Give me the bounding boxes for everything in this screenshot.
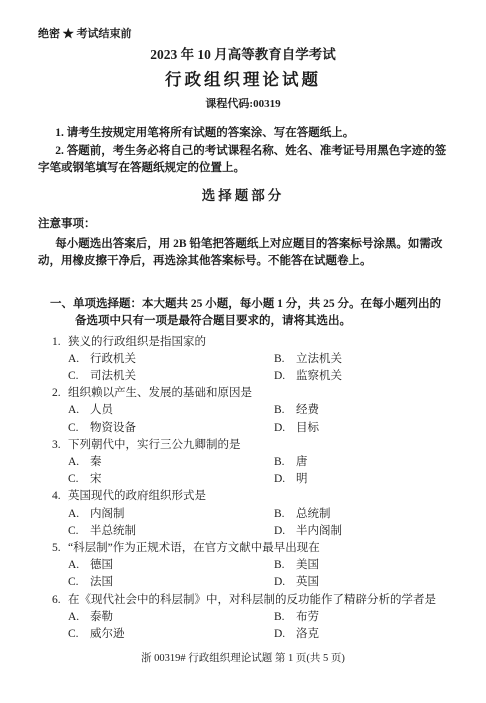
notes-heading: 注意事项： xyxy=(38,217,448,232)
option-c: C. 法国 xyxy=(68,574,274,591)
exam-session-title: 2023 年 10 月高等教育自学考试 xyxy=(38,46,448,63)
option-c: C. 半总统制 xyxy=(68,523,274,540)
question-stem-row: 6. 在《现代社会中的科层制》中，对科层制的反功能作了精辟分析的学者是 xyxy=(52,592,448,609)
option-b: B. 唐 xyxy=(274,454,308,471)
question-stem: 下列朝代中，实行三公九卿制的是 xyxy=(68,437,448,454)
option-d: D. 监察机关 xyxy=(274,368,342,385)
option-a: A. 人员 xyxy=(68,402,274,419)
option-label: B. xyxy=(274,402,296,419)
option-b: B. 经费 xyxy=(274,402,319,419)
option-label: D. xyxy=(274,471,296,488)
question: 4. 英国现代的政府组织形式是 A. 内阁制 B. 总统制 C. 半总统制 D.… xyxy=(52,488,448,540)
option-d: D. 洛克 xyxy=(274,626,319,643)
option-text: 内阁制 xyxy=(90,506,125,523)
option-label: C. xyxy=(68,471,90,488)
option-text: 总统制 xyxy=(296,506,331,523)
option-b: B. 布劳 xyxy=(274,609,319,626)
option-c: C. 威尔逊 xyxy=(68,626,274,643)
option-row: A. 秦 B. 唐 xyxy=(68,454,448,471)
question: 1. 狭义的行政组织是指国家的 A. 行政机关 B. 立法机关 C. 司法机关 … xyxy=(52,334,448,386)
part-one-heading: 一、单项选择题：本大题共 25 小题，每小题 1 分，共 25 分。在每小题列出… xyxy=(50,296,448,331)
paper-title: 行政组织理论试题 xyxy=(38,69,448,91)
option-label: B. xyxy=(274,351,296,368)
question: 3. 下列朝代中，实行三公九卿制的是 A. 秦 B. 唐 C. 宋 D. 明 xyxy=(52,437,448,489)
option-c: C. 物资设备 xyxy=(68,420,274,437)
option-row: A. 德国 B. 美国 xyxy=(68,557,448,574)
option-a: A. 行政机关 xyxy=(68,351,274,368)
option-label: B. xyxy=(274,506,296,523)
option-a: A. 德国 xyxy=(68,557,274,574)
option-label: C. xyxy=(68,626,90,643)
course-code: 课程代码:00319 xyxy=(38,97,448,112)
general-instructions: 1. 请考生按规定用笔将所有试题的答案涂、写在答题纸上。 2. 答题前，考生务必… xyxy=(38,125,448,178)
option-c: C. 宋 xyxy=(68,471,274,488)
option-text: 立法机关 xyxy=(296,351,342,368)
questions: 1. 狭义的行政组织是指国家的 A. 行政机关 B. 立法机关 C. 司法机关 … xyxy=(38,334,448,644)
option-text: 唐 xyxy=(296,454,308,471)
option-row: C. 司法机关 D. 监察机关 xyxy=(68,368,448,385)
option-text: 德国 xyxy=(90,557,113,574)
option-a: A. 泰勒 xyxy=(68,609,274,626)
option-b: B. 总统制 xyxy=(274,506,331,523)
question: 5. “科层制”作为正规术语，在官方文献中最早出现在 A. 德国 B. 美国 C… xyxy=(52,540,448,592)
option-row: C. 威尔逊 D. 洛克 xyxy=(68,626,448,643)
option-text: 威尔逊 xyxy=(90,626,125,643)
option-row: C. 物资设备 D. 目标 xyxy=(68,420,448,437)
option-a: A. 秦 xyxy=(68,454,274,471)
option-text: 半总统制 xyxy=(90,523,136,540)
option-d: D. 目标 xyxy=(274,420,319,437)
option-row: A. 行政机关 B. 立法机关 xyxy=(68,351,448,368)
option-label: A. xyxy=(68,506,90,523)
option-d: D. 明 xyxy=(274,471,308,488)
question-number: 2. xyxy=(52,385,68,402)
question: 6. 在《现代社会中的科层制》中，对科层制的反功能作了精辟分析的学者是 A. 泰… xyxy=(52,592,448,644)
option-row: C. 半总统制 D. 半内阁制 xyxy=(68,523,448,540)
option-text: 人员 xyxy=(90,402,113,419)
option-text: 半内阁制 xyxy=(296,523,342,540)
option-label: D. xyxy=(274,626,296,643)
option-d: D. 半内阁制 xyxy=(274,523,342,540)
option-label: D. xyxy=(274,574,296,591)
option-text: 监察机关 xyxy=(296,368,342,385)
question-number: 4. xyxy=(52,488,68,505)
option-label: A. xyxy=(68,454,90,471)
instruction-item: 1. 请考生按规定用笔将所有试题的答案涂、写在答题纸上。 xyxy=(38,125,448,143)
option-label: A. xyxy=(68,557,90,574)
option-text: 目标 xyxy=(296,420,319,437)
section-title: 选择题部分 xyxy=(38,186,448,205)
option-c: C. 司法机关 xyxy=(68,368,274,385)
option-row: C. 宋 D. 明 xyxy=(68,471,448,488)
option-label: C. xyxy=(68,523,90,540)
option-label: B. xyxy=(274,454,296,471)
option-text: 布劳 xyxy=(296,609,319,626)
question-number: 5. xyxy=(52,540,68,557)
option-row: A. 泰勒 B. 布劳 xyxy=(68,609,448,626)
option-label: C. xyxy=(68,368,90,385)
option-label: B. xyxy=(274,557,296,574)
option-text: 法国 xyxy=(90,574,113,591)
option-b: B. 立法机关 xyxy=(274,351,342,368)
option-b: B. 美国 xyxy=(274,557,319,574)
option-label: C. xyxy=(68,574,90,591)
option-d: D. 英国 xyxy=(274,574,319,591)
option-label: A. xyxy=(68,609,90,626)
question-stem: 英国现代的政府组织形式是 xyxy=(68,488,448,505)
classification-banner: 绝密 ★ 考试结束前 xyxy=(38,28,448,41)
question-number: 3. xyxy=(52,437,68,454)
option-text: 经费 xyxy=(296,402,319,419)
option-text: 秦 xyxy=(90,454,102,471)
question-number: 1. xyxy=(52,334,68,351)
question-number: 6. xyxy=(52,592,68,609)
option-text: 司法机关 xyxy=(90,368,136,385)
option-a: A. 内阁制 xyxy=(68,506,274,523)
option-label: B. xyxy=(274,609,296,626)
instruction-item: 2. 答题前，考生务必将自己的考试课程名称、姓名、准考证号用黑色字迹的签字笔或钢… xyxy=(38,143,448,178)
option-label: A. xyxy=(68,351,90,368)
question-stem-row: 5. “科层制”作为正规术语，在官方文献中最早出现在 xyxy=(52,540,448,557)
question-stem-row: 4. 英国现代的政府组织形式是 xyxy=(52,488,448,505)
question-stem: “科层制”作为正规术语，在官方文献中最早出现在 xyxy=(68,540,448,557)
option-row: A. 内阁制 B. 总统制 xyxy=(68,506,448,523)
option-text: 明 xyxy=(296,471,308,488)
question-stem: 组织赖以产生、发展的基础和原因是 xyxy=(68,385,448,402)
question-stem-row: 1. 狭义的行政组织是指国家的 xyxy=(52,334,448,351)
option-text: 英国 xyxy=(296,574,319,591)
page-footer: 浙 00319# 行政组织理论试题 第 1 页(共 5 页) xyxy=(0,652,486,665)
option-label: A. xyxy=(68,402,90,419)
option-row: A. 人员 B. 经费 xyxy=(68,402,448,419)
question-stem: 狭义的行政组织是指国家的 xyxy=(68,334,448,351)
option-label: D. xyxy=(274,420,296,437)
question: 2. 组织赖以产生、发展的基础和原因是 A. 人员 B. 经费 C. 物资设备 … xyxy=(52,385,448,437)
option-row: C. 法国 D. 英国 xyxy=(68,574,448,591)
option-text: 洛克 xyxy=(296,626,319,643)
option-text: 泰勒 xyxy=(90,609,113,626)
option-text: 物资设备 xyxy=(90,420,136,437)
option-label: C. xyxy=(68,420,90,437)
option-text: 美国 xyxy=(296,557,319,574)
question-stem-row: 2. 组织赖以产生、发展的基础和原因是 xyxy=(52,385,448,402)
option-label: D. xyxy=(274,368,296,385)
option-label: D. xyxy=(274,523,296,540)
question-stem: 在《现代社会中的科层制》中，对科层制的反功能作了精辟分析的学者是 xyxy=(68,592,448,609)
question-stem-row: 3. 下列朝代中，实行三公九卿制的是 xyxy=(52,437,448,454)
exam-paper-page: 绝密 ★ 考试结束前 2023 年 10 月高等教育自学考试 行政组织理论试题 … xyxy=(0,0,486,703)
notes-body: 每小题选出答案后，用 2B 铅笔把答题纸上对应题目的答案标号涂黑。如需改动，用橡… xyxy=(38,236,448,271)
option-text: 宋 xyxy=(90,471,102,488)
option-text: 行政机关 xyxy=(90,351,136,368)
